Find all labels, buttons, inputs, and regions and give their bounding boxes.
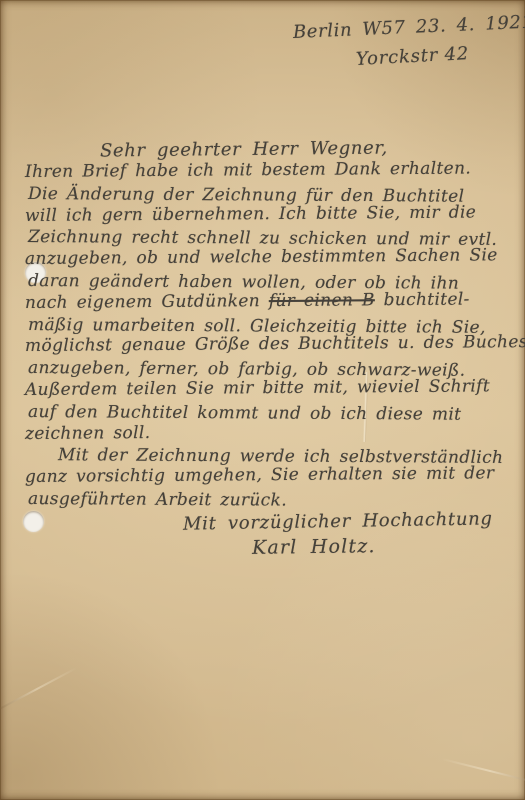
letter-page: Berlin W57 23. 4. 1921. Yorckstr 42 Sehr… — [0, 0, 525, 800]
body-line: Ihren Brief habe ich mit bestem Dank erh… — [25, 158, 513, 184]
punch-hole-bottom — [23, 511, 44, 532]
body-line: will ich gern übernehmen. Ich bitte Sie,… — [25, 202, 513, 228]
body-line: Außerdem teilen Sie mir bitte mit, wievi… — [25, 376, 513, 402]
letter-body: Ihren Brief habe ich mit bestem Dank erh… — [25, 162, 513, 511]
strike-line-pre: nach eigenem Gutdünken — [25, 291, 269, 313]
paper-crease — [441, 758, 525, 784]
salutation-line: Sehr geehrter Herr Wegner, — [100, 137, 388, 161]
struck-text: für einen B — [269, 290, 375, 311]
header-address-line: Yorckstr 42 — [355, 43, 469, 70]
body-line-with-strikethrough: nach eigenem Gutdünken für einen B bucht… — [25, 289, 513, 315]
body-line: zeichnen soll. — [25, 420, 513, 446]
body-line: ganz vorsichtig umgehen, Sie erhalten si… — [25, 463, 513, 489]
body-line: möglichst genaue Größe des Buchtitels u.… — [25, 333, 513, 359]
body-line: anzugeben, ob und welche bestimmten Sach… — [25, 245, 513, 271]
strike-line-post: buchtitel- — [375, 289, 470, 310]
closing-line: Mit vorzüglicher Hochachtung — [183, 508, 493, 534]
paper-crease — [0, 667, 77, 711]
signature: Karl Holtz. — [252, 535, 376, 559]
header-date-line: Berlin W57 23. 4. 1921. — [293, 11, 525, 43]
